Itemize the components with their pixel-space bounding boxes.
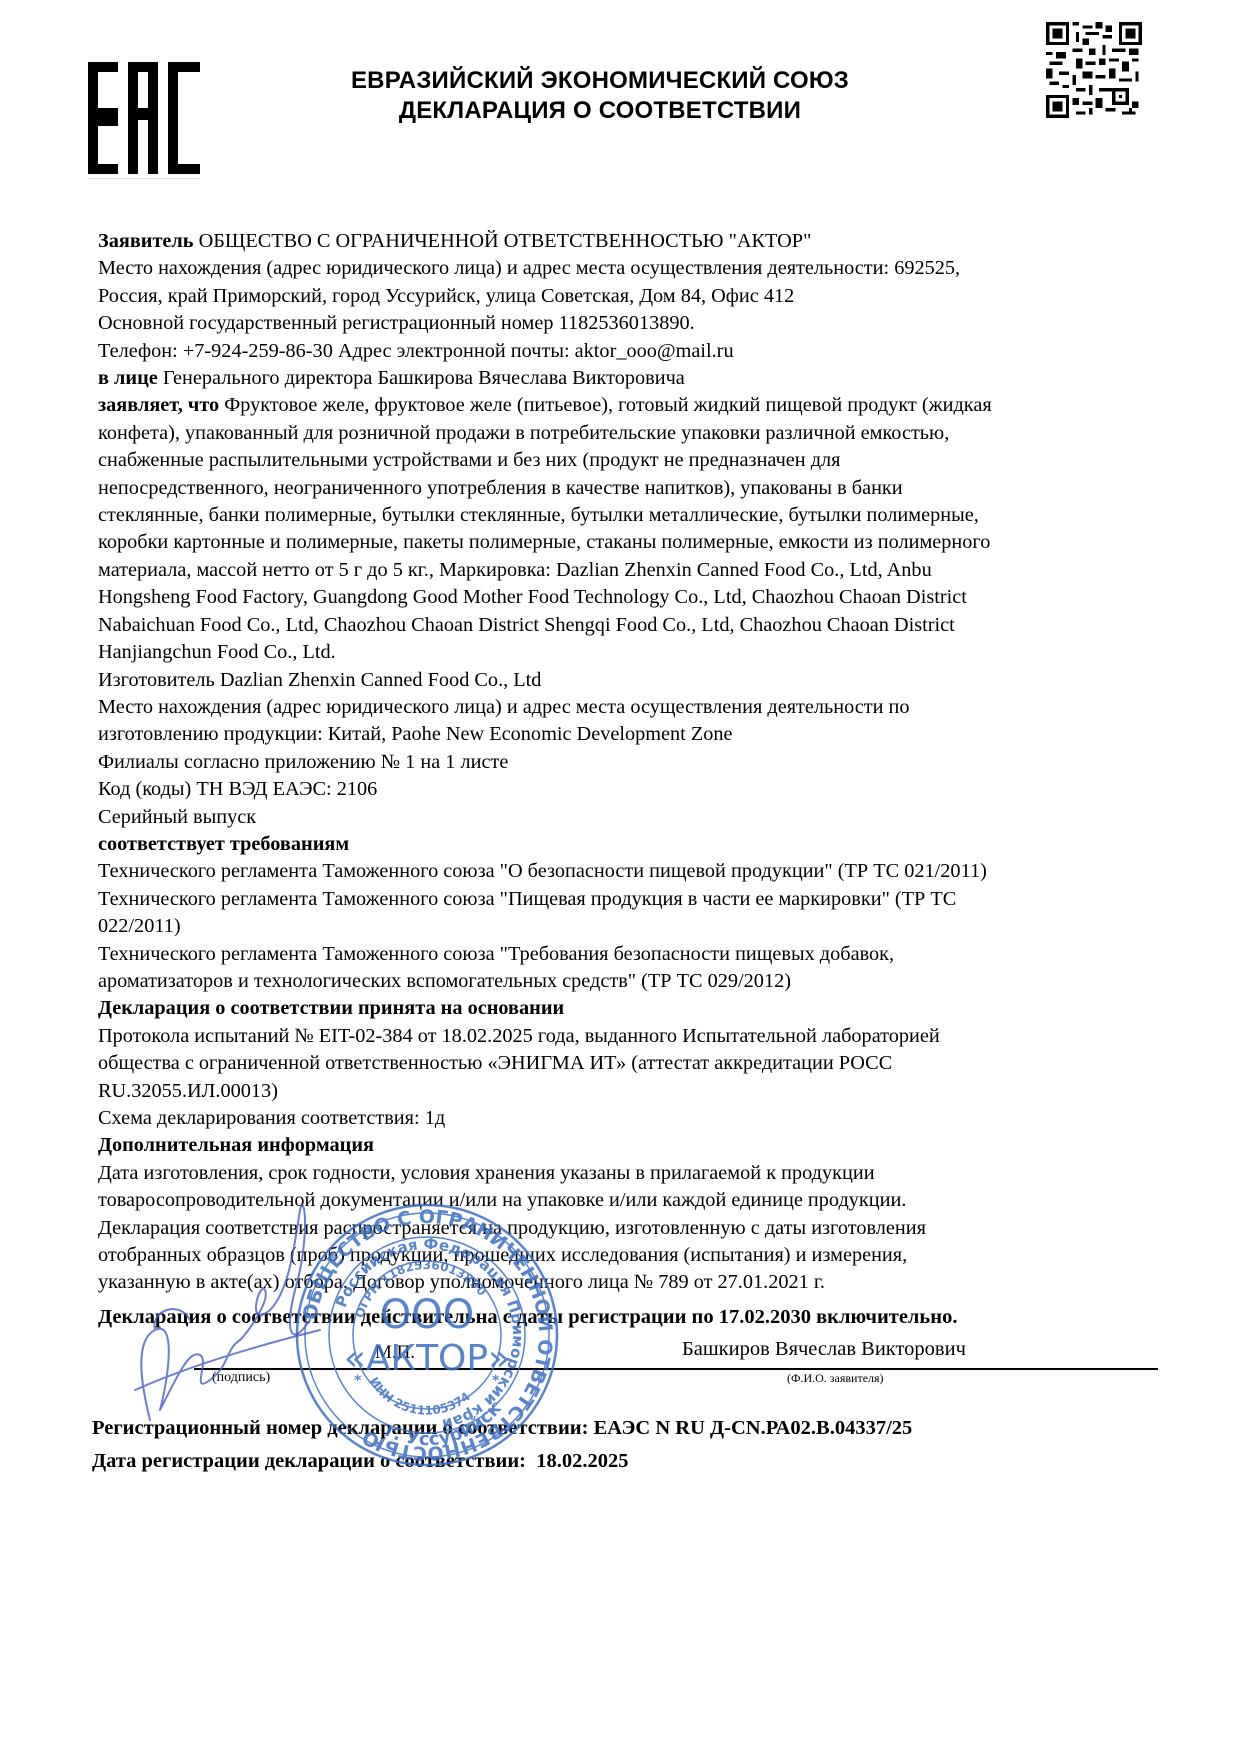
product-line: стеклянные, банки полимерные, бутылки ст…	[98, 502, 1158, 529]
product-line: снабженные распылительными устройствами …	[98, 447, 1158, 474]
document-header: ЕВРАЗИЙСКИЙ ЭКОНОМИЧЕСКИЙ СОЮЗ ДЕКЛАРАЦИ…	[300, 66, 900, 126]
product-line: Nabaichuan Food Co., Ltd, Chaozhou Chaoa…	[98, 612, 1158, 639]
basis-line: общества с ограниченной ответственностью…	[98, 1050, 1158, 1077]
product-line: Hanjiangchun Food Co., Ltd.	[98, 639, 1158, 666]
product-line-0: заявляет, что Фруктовое желе, фруктовое …	[98, 392, 1158, 419]
applicant-name: ОБЩЕСТВО С ОГРАНИЧЕННОЙ ОТВЕТСТВЕННОСТЬЮ…	[199, 230, 812, 252]
compliance-line: Технического регламента Таможенного союз…	[98, 886, 1158, 913]
svg-text:*: *	[492, 1373, 500, 1389]
header-declaration-title: ДЕКЛАРАЦИЯ О СООТВЕТСТВИИ	[300, 96, 900, 126]
product-line: коробки картонные и полимерные, пакеты п…	[98, 529, 1158, 556]
stamp-center-line2: «АКТОР»	[344, 1338, 510, 1379]
basis-heading: Декларация о соответствии принята на осн…	[98, 995, 1158, 1022]
hs-code: Код (коды) ТН ВЭД ЕАЭС: 2106	[98, 776, 1158, 803]
applicant-ogrn: Основной государственный регистрационный…	[98, 310, 1158, 337]
header-union-title: ЕВРАЗИЙСКИЙ ЭКОНОМИЧЕСКИЙ СОЮЗ	[300, 66, 900, 96]
stamp-center-line1: ООО	[380, 1292, 474, 1338]
production-type: Серийный выпуск	[98, 804, 1158, 831]
logo-underline	[88, 178, 200, 179]
basis-line: RU.32055.ИЛ.00013)	[98, 1078, 1158, 1105]
represented-by-line: в лице Генерального директора Башкирова …	[98, 365, 1158, 392]
declaration-body: Заявитель ОБЩЕСТВО С ОГРАНИЧЕННОЙ ОТВЕТС…	[98, 228, 1158, 1297]
manufacturer-address-2: изготовлению продукции: Китай, Paohe New…	[98, 721, 1158, 748]
product-line: материала, массой нетто от 5 г до 5 кг.,…	[98, 557, 1158, 584]
svg-text:*: *	[354, 1373, 362, 1389]
declares-label: заявляет, что	[98, 394, 219, 416]
product-line: Hongsheng Food Factory, Guangdong Good M…	[98, 584, 1158, 611]
applicant-address-2: Россия, край Приморский, город Уссурийск…	[98, 283, 1158, 310]
product-line: непосредственного, неограниченного употр…	[98, 475, 1158, 502]
product-line: конфета), упакованный для розничной прод…	[98, 420, 1158, 447]
eac-logo	[88, 62, 200, 174]
registration-number: ЕАЭС N RU Д-CN.РА02.В.04337/25	[594, 1417, 913, 1439]
basis-line: Протокола испытаний № EIT-02-384 от 18.0…	[98, 1023, 1158, 1050]
declaration-scheme: Схема декларирования соответствия: 1д	[98, 1105, 1158, 1132]
compliance-line: Технического регламента Таможенного союз…	[98, 941, 1158, 968]
compliance-heading: соответствует требованиям	[98, 831, 1158, 858]
represented-label: в лице	[98, 367, 158, 389]
applicant-address-1: Место нахождения (адрес юридического лиц…	[98, 255, 1158, 282]
applicant-contacts: Телефон: +7-924-259-86-30 Адрес электрон…	[98, 338, 1158, 365]
svg-text:ИНН 2511105374: ИНН 2511105374	[367, 1375, 473, 1418]
handwritten-signature-icon	[120, 1180, 350, 1440]
additional-heading: Дополнительная информация	[98, 1132, 1158, 1159]
stamp-inn: ИНН 2511105374	[367, 1375, 473, 1418]
applicant-label: Заявитель	[98, 230, 194, 252]
qr-code-icon[interactable]	[1046, 22, 1142, 118]
compliance-line: 022/2011)	[98, 913, 1158, 940]
compliance-line: ароматизаторов и технологических вспомог…	[98, 968, 1158, 995]
applicant-line: Заявитель ОБЩЕСТВО С ОГРАНИЧЕННОЙ ОТВЕТС…	[98, 228, 1158, 255]
compliance-line: Технического регламента Таможенного союз…	[98, 858, 1158, 885]
branches: Филиалы согласно приложению № 1 на 1 лис…	[98, 749, 1158, 776]
represented-by: Генерального директора Башкирова Вячесла…	[163, 367, 685, 389]
fio-caption: (Ф.И.О. заявителя)	[787, 1371, 884, 1386]
manufacturer-address-1: Место нахождения (адрес юридического лиц…	[98, 694, 1158, 721]
signer-name: Башкиров Вячеслав Викторович	[682, 1338, 966, 1361]
manufacturer: Изготовитель Dazlian Zhenxin Canned Food…	[98, 667, 1158, 694]
